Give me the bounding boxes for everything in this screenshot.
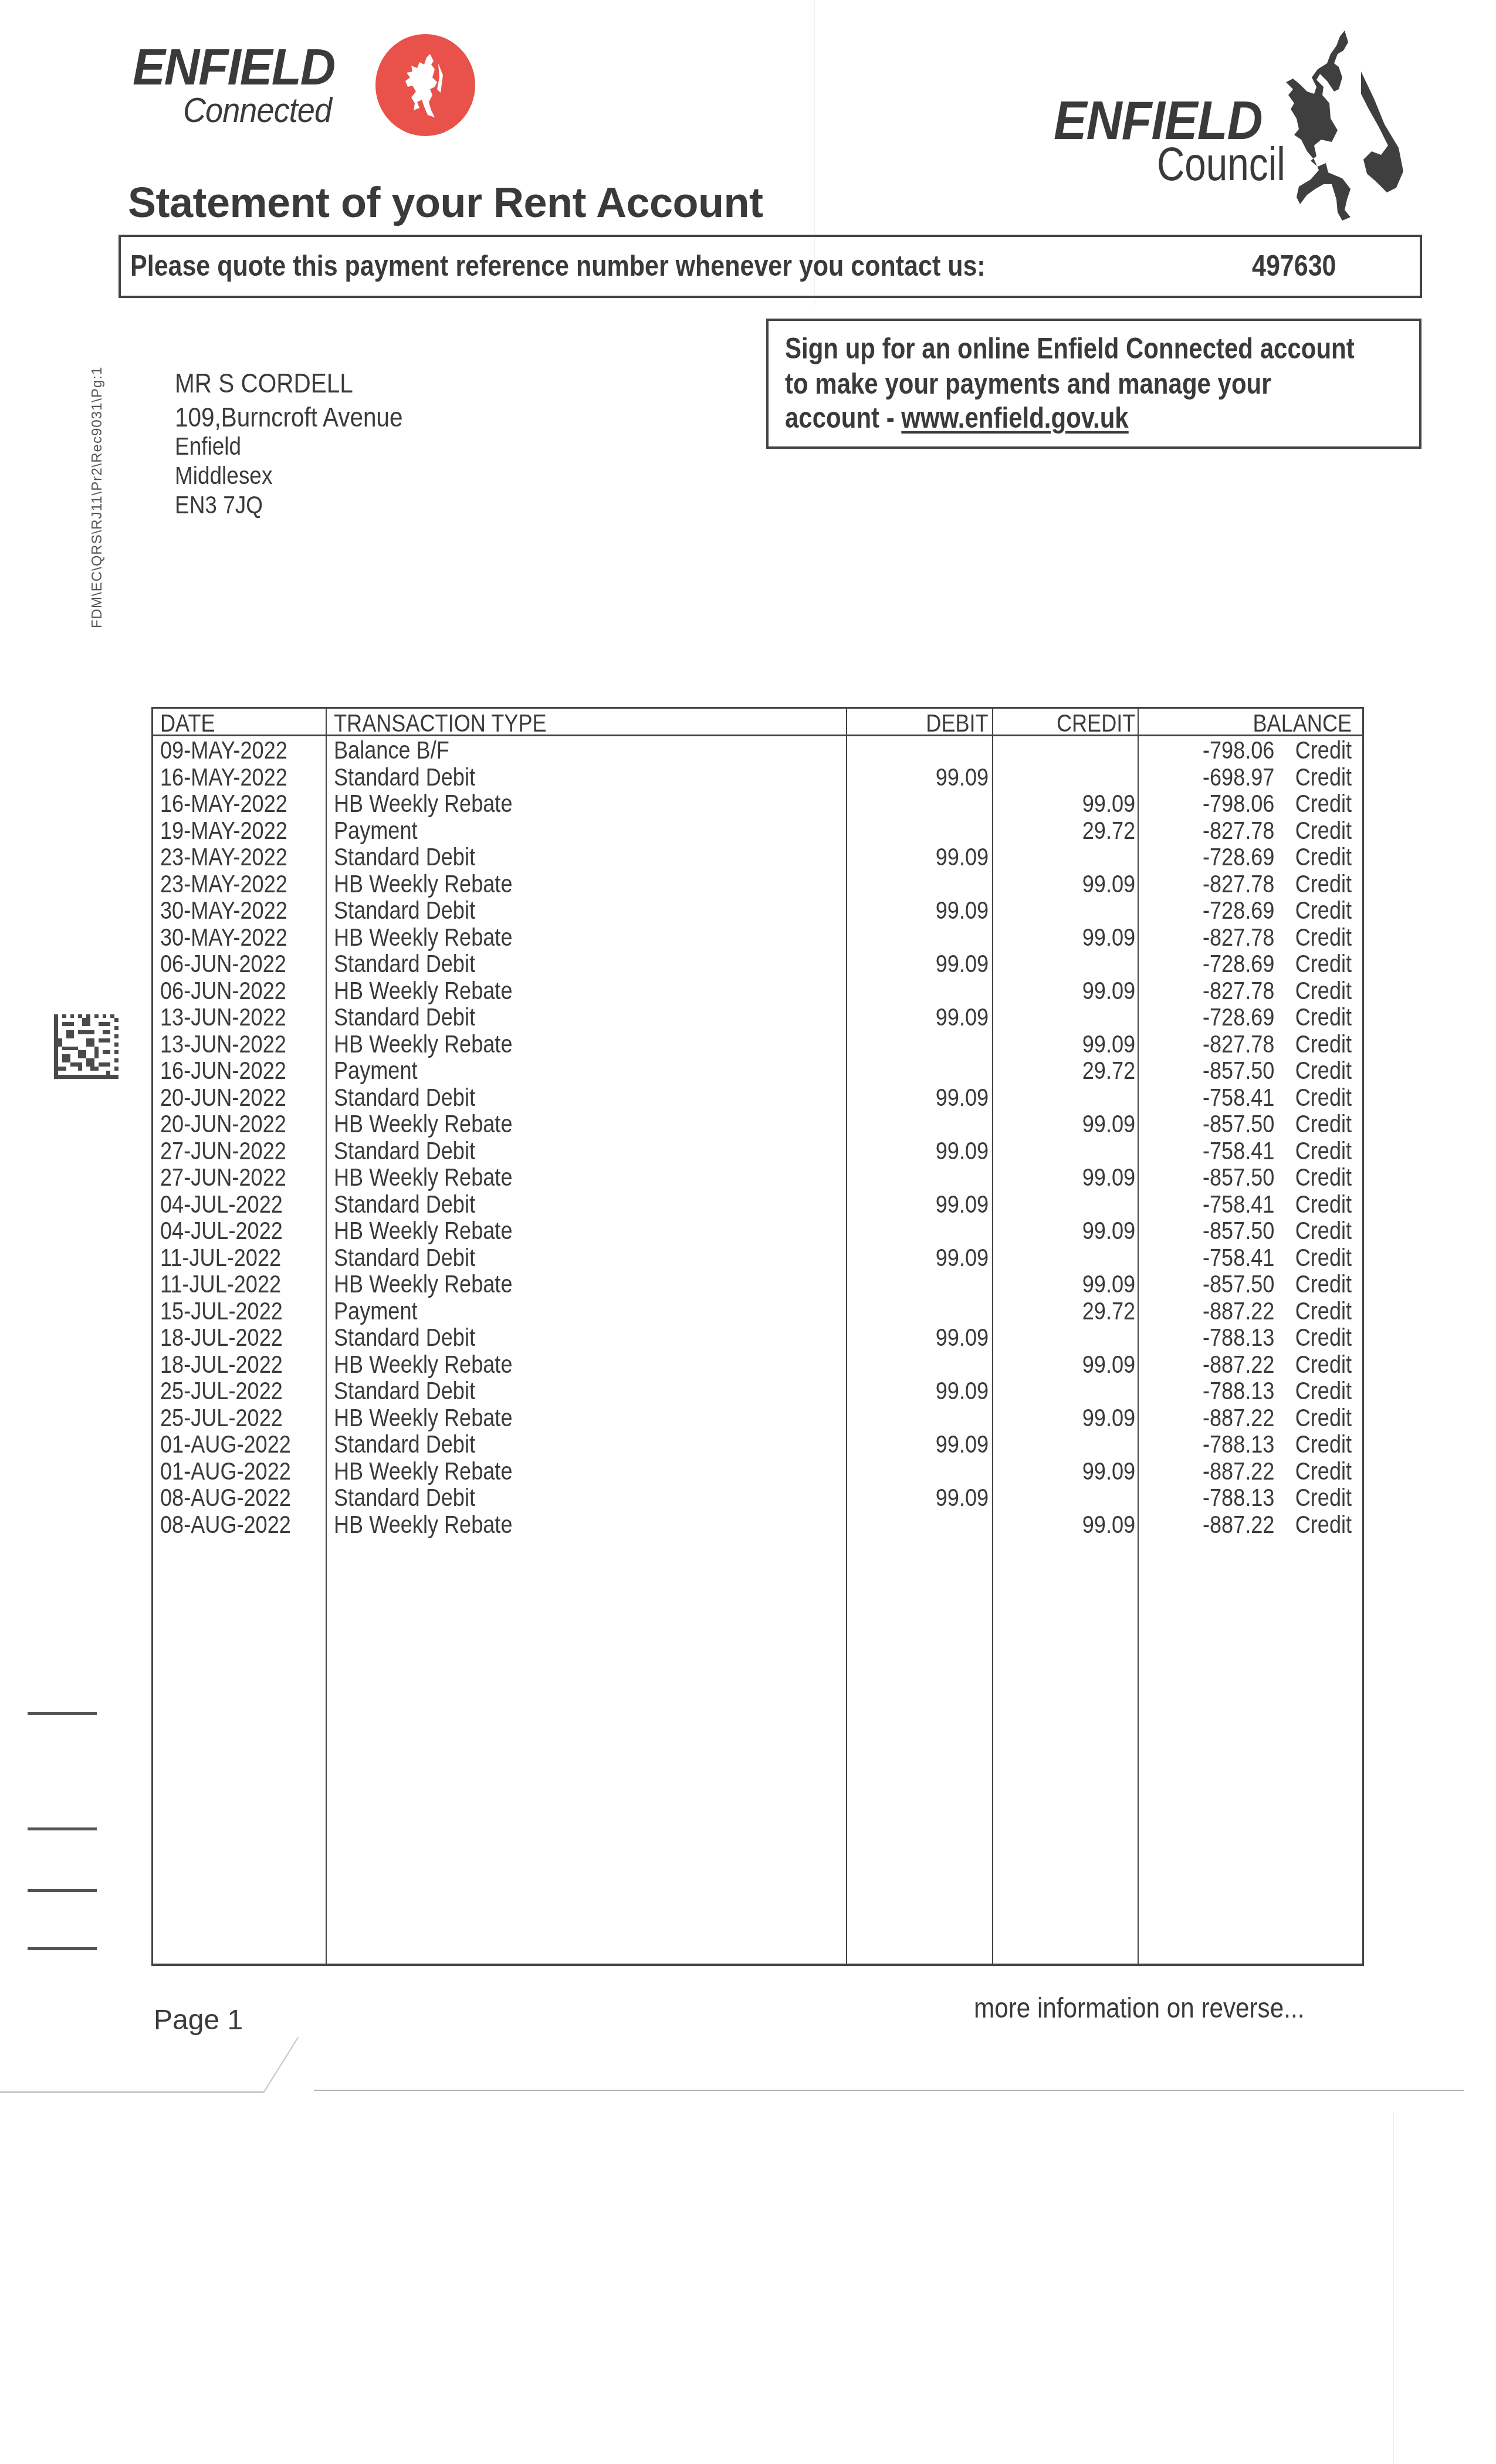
signup-line-3: account - www.enfield.gov.uk (785, 403, 1129, 432)
cell-date: 18-JUL-2022 (160, 1351, 283, 1378)
cell-balance: -788.13 (1202, 1324, 1274, 1351)
cell-balance: -857.50 (1202, 1057, 1274, 1084)
payment-reference-label: Please quote this payment reference numb… (130, 251, 986, 280)
cell-balance: -887.22 (1202, 1511, 1274, 1538)
column-header-credit: CREDIT (1057, 711, 1135, 736)
cell-credit: 99.09 (1082, 1351, 1135, 1378)
cell-balance-type: Credit (1295, 1084, 1352, 1111)
cell-balance-type: Credit (1295, 1511, 1352, 1538)
dragon-icon (396, 52, 455, 121)
cell-credit: 99.09 (1082, 1511, 1135, 1538)
cell-transaction-type: HB Weekly Rebate (334, 1351, 512, 1378)
cell-date: 27-JUN-2022 (160, 1164, 286, 1191)
payment-reference-box: Please quote this payment reference numb… (119, 235, 1422, 298)
cell-date: 06-JUN-2022 (160, 950, 286, 977)
table-row: 18-JUL-2022Standard Debit99.09-788.13Cre… (153, 1324, 1362, 1351)
column-header-date: DATE (160, 711, 215, 736)
table-row: 18-JUL-2022HB Weekly Rebate99.09-887.22C… (153, 1351, 1362, 1378)
cell-balance: -798.06 (1202, 790, 1274, 817)
cell-transaction-type: Payment (334, 1057, 418, 1084)
cell-credit: 29.72 (1082, 1298, 1135, 1325)
table-row: 27-JUN-2022HB Weekly Rebate99.09-857.50C… (153, 1164, 1362, 1191)
cell-date: 20-JUN-2022 (160, 1084, 286, 1111)
cell-debit: 99.09 (936, 764, 989, 791)
cell-date: 27-JUN-2022 (160, 1138, 286, 1165)
paper-edge (0, 2091, 264, 2093)
cell-transaction-type: Standard Debit (334, 1138, 475, 1165)
print-routing-code: FDM\EC\QRS\RJ11\Pr2\Rec9031\Pg:1 (90, 367, 104, 628)
cell-transaction-type: HB Weekly Rebate (334, 1217, 512, 1244)
table-row: 11-JUL-2022Standard Debit99.09-758.41Cre… (153, 1244, 1362, 1271)
cell-debit: 99.09 (936, 1324, 989, 1351)
cell-balance-type: Credit (1295, 1271, 1352, 1298)
cell-balance-type: Credit (1295, 1484, 1352, 1511)
cell-balance: -857.50 (1202, 1164, 1274, 1191)
cell-transaction-type: HB Weekly Rebate (334, 977, 512, 1004)
cell-transaction-type: Standard Debit (334, 897, 475, 924)
table-row: 08-AUG-2022HB Weekly Rebate99.09-887.22C… (153, 1511, 1362, 1538)
table-row: 27-JUN-2022Standard Debit99.09-758.41Cre… (153, 1138, 1362, 1165)
cell-balance: -887.22 (1202, 1351, 1274, 1378)
column-header-transaction-type: TRANSACTION TYPE (334, 711, 547, 736)
cell-balance: -758.41 (1202, 1084, 1274, 1111)
cell-date: 16-JUN-2022 (160, 1057, 286, 1084)
cell-balance: -887.22 (1202, 1404, 1274, 1431)
cell-balance-type: Credit (1295, 844, 1352, 871)
cell-date: 01-AUG-2022 (160, 1431, 291, 1458)
cell-transaction-type: Standard Debit (334, 1004, 475, 1031)
more-information-note: more information on reverse... (974, 1995, 1304, 2023)
paper-tear (263, 2037, 299, 2093)
cell-balance-type: Credit (1295, 977, 1352, 1004)
cell-balance: -758.41 (1202, 1138, 1274, 1165)
cell-balance-type: Credit (1295, 1031, 1352, 1058)
cell-date: 13-JUN-2022 (160, 1031, 286, 1058)
page-number: Page 1 (154, 2006, 243, 2035)
cell-credit: 99.09 (1082, 1404, 1135, 1431)
cell-date: 30-MAY-2022 (160, 897, 287, 924)
cell-balance: -857.50 (1202, 1271, 1274, 1298)
cell-balance-type: Credit (1295, 1111, 1352, 1138)
cell-balance: -857.50 (1202, 1217, 1274, 1244)
cell-credit: 99.09 (1082, 1164, 1135, 1191)
online-account-signup-box: Sign up for an online Enfield Connected … (766, 319, 1421, 449)
cell-balance-type: Credit (1295, 1057, 1352, 1084)
cell-transaction-type: HB Weekly Rebate (334, 1458, 512, 1485)
cell-balance: -827.78 (1202, 1031, 1274, 1058)
cell-transaction-type: HB Weekly Rebate (334, 1404, 512, 1431)
cell-balance-type: Credit (1295, 764, 1352, 791)
margin-tick-mark (28, 1947, 97, 1950)
cell-balance-type: Credit (1295, 1351, 1352, 1378)
cell-date: 30-MAY-2022 (160, 924, 287, 951)
datamatrix-barcode-icon (54, 1013, 119, 1079)
cell-date: 11-JUL-2022 (160, 1244, 281, 1271)
cell-balance-type: Credit (1295, 1191, 1352, 1218)
recipient-name: MR S CORDELL (175, 370, 353, 397)
cell-balance-type: Credit (1295, 871, 1352, 898)
cell-transaction-type: HB Weekly Rebate (334, 1031, 512, 1058)
cell-transaction-type: HB Weekly Rebate (334, 1164, 512, 1191)
cell-debit: 99.09 (936, 1084, 989, 1111)
cell-debit: 99.09 (936, 1191, 989, 1218)
cell-credit: 29.72 (1082, 1057, 1135, 1084)
cell-balance-type: Credit (1295, 1244, 1352, 1271)
table-row: 19-MAY-2022Payment29.72-827.78Credit (153, 817, 1362, 844)
cell-transaction-type: HB Weekly Rebate (334, 871, 512, 898)
cell-balance: -788.13 (1202, 1484, 1274, 1511)
enfield-connected-logo-word: ENFIELD (133, 41, 334, 93)
table-row: 30-MAY-2022HB Weekly Rebate99.09-827.78C… (153, 924, 1362, 951)
column-header-balance: BALANCE (1253, 711, 1352, 736)
margin-tick-mark (28, 1889, 97, 1892)
cell-balance: -788.13 (1202, 1377, 1274, 1404)
cell-transaction-type: Standard Debit (334, 1431, 475, 1458)
cell-balance: -758.41 (1202, 1191, 1274, 1218)
cell-balance-type: Credit (1295, 1404, 1352, 1431)
cell-balance-type: Credit (1295, 1458, 1352, 1485)
cell-transaction-type: Standard Debit (334, 1377, 475, 1404)
signup-line-2: to make your payments and manage your (785, 369, 1271, 398)
cell-credit: 99.09 (1082, 1031, 1135, 1058)
cell-balance: -758.41 (1202, 1244, 1274, 1271)
scan-fold-line (1393, 2112, 1394, 2464)
cell-balance-type: Credit (1295, 1004, 1352, 1031)
table-row: 25-JUL-2022Standard Debit99.09-788.13Cre… (153, 1377, 1362, 1404)
table-row: 04-JUL-2022HB Weekly Rebate99.09-857.50C… (153, 1217, 1362, 1244)
table-row: 16-MAY-2022Standard Debit99.09-698.97Cre… (153, 764, 1362, 791)
cell-debit: 99.09 (936, 1377, 989, 1404)
cell-credit: 99.09 (1082, 1271, 1135, 1298)
table-row: 20-JUN-2022Standard Debit99.09-758.41Cre… (153, 1084, 1362, 1111)
cell-balance: -827.78 (1202, 817, 1274, 844)
cell-transaction-type: HB Weekly Rebate (334, 1111, 512, 1138)
cell-date: 23-MAY-2022 (160, 871, 287, 898)
cell-debit: 99.09 (936, 1431, 989, 1458)
cell-transaction-type: Standard Debit (334, 1084, 475, 1111)
cell-balance-type: Credit (1295, 924, 1352, 951)
cell-transaction-type: Standard Debit (334, 764, 475, 791)
cell-transaction-type: Payment (334, 1298, 418, 1325)
dragon-icon (1273, 31, 1414, 227)
cell-credit: 99.09 (1082, 1458, 1135, 1485)
table-row: 25-JUL-2022HB Weekly Rebate99.09-887.22C… (153, 1404, 1362, 1431)
cell-balance: -728.69 (1202, 950, 1274, 977)
cell-debit: 99.09 (936, 1244, 989, 1271)
table-row: 01-AUG-2022Standard Debit99.09-788.13Cre… (153, 1431, 1362, 1458)
cell-date: 13-JUN-2022 (160, 1004, 286, 1031)
table-row: 23-MAY-2022HB Weekly Rebate99.09-827.78C… (153, 871, 1362, 898)
cell-date: 16-MAY-2022 (160, 790, 287, 817)
cell-transaction-type: Standard Debit (334, 1244, 475, 1271)
address-line-2: Enfield (175, 434, 241, 459)
cell-balance-type: Credit (1295, 1377, 1352, 1404)
cell-balance: -788.13 (1202, 1431, 1274, 1458)
table-row: 06-JUN-2022HB Weekly Rebate99.09-827.78C… (153, 977, 1362, 1004)
signup-line-3-prefix: account - (785, 401, 901, 434)
cell-date: 20-JUN-2022 (160, 1111, 286, 1138)
cell-date: 23-MAY-2022 (160, 844, 287, 871)
table-row: 06-JUN-2022Standard Debit99.09-728.69Cre… (153, 950, 1362, 977)
cell-date: 01-AUG-2022 (160, 1458, 291, 1485)
cell-balance-type: Credit (1295, 897, 1352, 924)
cell-date: 08-AUG-2022 (160, 1511, 291, 1538)
table-row: 16-JUN-2022Payment29.72-857.50Credit (153, 1057, 1362, 1084)
cell-transaction-type: Standard Debit (334, 1484, 475, 1511)
signup-line-1: Sign up for an online Enfield Connected … (785, 334, 1355, 363)
cell-transaction-type: Balance B/F (334, 737, 449, 764)
cell-balance-type: Credit (1295, 790, 1352, 817)
cell-date: 25-JUL-2022 (160, 1404, 283, 1431)
cell-balance-type: Credit (1295, 737, 1352, 764)
cell-debit: 99.09 (936, 1484, 989, 1511)
table-row: 01-AUG-2022HB Weekly Rebate99.09-887.22C… (153, 1458, 1362, 1485)
enfield-council-logo-subtitle: Council (1157, 141, 1285, 188)
margin-tick-mark (28, 1827, 97, 1830)
cell-debit: 99.09 (936, 950, 989, 977)
cell-credit: 99.09 (1082, 1217, 1135, 1244)
cell-transaction-type: HB Weekly Rebate (334, 1511, 512, 1538)
cell-transaction-type: HB Weekly Rebate (334, 1271, 512, 1298)
cell-balance: -827.78 (1202, 924, 1274, 951)
cell-debit: 99.09 (936, 1004, 989, 1031)
cell-credit: 99.09 (1082, 871, 1135, 898)
cell-balance-type: Credit (1295, 817, 1352, 844)
table-row: 23-MAY-2022Standard Debit99.09-728.69Cre… (153, 844, 1362, 871)
cell-transaction-type: Standard Debit (334, 844, 475, 871)
cell-date: 19-MAY-2022 (160, 817, 287, 844)
enfield-connected-logo-badge (375, 34, 475, 136)
cell-balance: -728.69 (1202, 844, 1274, 871)
table-row: 11-JUL-2022HB Weekly Rebate99.09-857.50C… (153, 1271, 1362, 1298)
cell-debit: 99.09 (936, 844, 989, 871)
cell-balance: -698.97 (1202, 764, 1274, 791)
cell-credit: 99.09 (1082, 977, 1135, 1004)
cell-balance-type: Credit (1295, 1138, 1352, 1165)
table-row: 04-JUL-2022Standard Debit99.09-758.41Cre… (153, 1191, 1362, 1218)
transactions-table: DATE TRANSACTION TYPE DEBIT CREDIT BALAN… (151, 707, 1364, 1966)
cell-balance-type: Credit (1295, 1217, 1352, 1244)
cell-balance-type: Credit (1295, 950, 1352, 977)
cell-transaction-type: Standard Debit (334, 950, 475, 977)
column-header-debit: DEBIT (926, 711, 989, 736)
table-row: 20-JUN-2022HB Weekly Rebate99.09-857.50C… (153, 1111, 1362, 1138)
paper-edge (314, 2090, 1464, 2091)
enfield-connected-logo-subtitle: Connected (183, 93, 331, 128)
cell-balance-type: Credit (1295, 1324, 1352, 1351)
cell-date: 08-AUG-2022 (160, 1484, 291, 1511)
enfield-website-link[interactable]: www.enfield.gov.uk (901, 401, 1128, 434)
cell-credit: 99.09 (1082, 924, 1135, 951)
cell-date: 18-JUL-2022 (160, 1324, 283, 1351)
cell-balance-type: Credit (1295, 1298, 1352, 1325)
table-row: 30-MAY-2022Standard Debit99.09-728.69Cre… (153, 897, 1362, 924)
cell-transaction-type: HB Weekly Rebate (334, 924, 512, 951)
cell-transaction-type: Standard Debit (334, 1191, 475, 1218)
cell-balance: -728.69 (1202, 897, 1274, 924)
cell-balance-type: Credit (1295, 1431, 1352, 1458)
address-postcode: EN3 7JQ (175, 493, 263, 517)
cell-date: 16-MAY-2022 (160, 764, 287, 791)
cell-transaction-type: HB Weekly Rebate (334, 790, 512, 817)
cell-date: 04-JUL-2022 (160, 1191, 283, 1218)
address-line-1: 109,Burncroft Avenue (175, 404, 403, 431)
cell-balance: -857.50 (1202, 1111, 1274, 1138)
cell-transaction-type: Payment (334, 817, 418, 844)
cell-date: 15-JUL-2022 (160, 1298, 283, 1325)
cell-balance: -798.06 (1202, 737, 1274, 764)
cell-date: 06-JUN-2022 (160, 977, 286, 1004)
cell-credit: 99.09 (1082, 1111, 1135, 1138)
cell-balance: -827.78 (1202, 871, 1274, 898)
cell-credit: 29.72 (1082, 817, 1135, 844)
cell-date: 25-JUL-2022 (160, 1377, 283, 1404)
cell-credit: 99.09 (1082, 790, 1135, 817)
address-line-3: Middlesex (175, 463, 272, 488)
cell-date: 09-MAY-2022 (160, 737, 287, 764)
table-row: 15-JUL-2022Payment29.72-887.22Credit (153, 1298, 1362, 1325)
table-row: 13-JUN-2022HB Weekly Rebate99.09-827.78C… (153, 1031, 1362, 1058)
cell-balance: -728.69 (1202, 1004, 1274, 1031)
cell-date: 11-JUL-2022 (160, 1271, 281, 1298)
cell-balance: -887.22 (1202, 1458, 1274, 1485)
table-row: 09-MAY-2022Balance B/F-798.06Credit (153, 737, 1362, 764)
page-title: Statement of your Rent Account (128, 182, 763, 224)
cell-balance-type: Credit (1295, 1164, 1352, 1191)
table-row: 13-JUN-2022Standard Debit99.09-728.69Cre… (153, 1004, 1362, 1031)
table-row: 08-AUG-2022Standard Debit99.09-788.13Cre… (153, 1484, 1362, 1511)
cell-debit: 99.09 (936, 897, 989, 924)
payment-reference-number: 497630 (1252, 251, 1336, 280)
cell-transaction-type: Standard Debit (334, 1324, 475, 1351)
margin-tick-mark (28, 1712, 97, 1715)
cell-debit: 99.09 (936, 1138, 989, 1165)
table-row: 16-MAY-2022HB Weekly Rebate99.09-798.06C… (153, 790, 1362, 817)
cell-date: 04-JUL-2022 (160, 1217, 283, 1244)
cell-balance: -827.78 (1202, 977, 1274, 1004)
cell-balance: -887.22 (1202, 1298, 1274, 1325)
